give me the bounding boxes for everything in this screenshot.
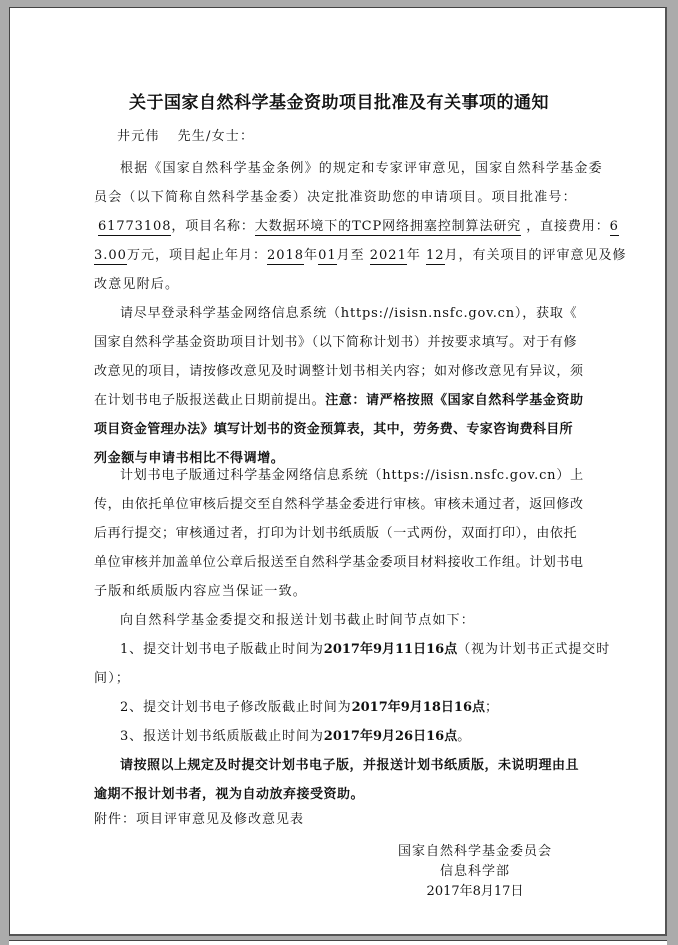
document-page: 关于国家自然科学基金资助项目批准及有关事项的通知 井元伟先生/女士： 根据《国家… bbox=[9, 7, 667, 936]
signature-department: 信息科学部 bbox=[390, 862, 560, 882]
deadline-item-1: 1、提交计划书电子版截止时间为2017年9月11日16点（视为计划书正式提交时 bbox=[94, 635, 620, 664]
paragraph-1-line-3: 61773108，项目名称：大数据环境下的TCP网络拥塞控制算法研究 ，直接费用… bbox=[94, 212, 594, 241]
direct-cost-label: ，直接费用： bbox=[521, 219, 609, 234]
project-number: 61773108 bbox=[98, 219, 171, 236]
line-4-tail: 月，有关项目的评审意见及修 bbox=[445, 248, 627, 263]
paragraph-3-line-1: 计划书电子版通过科学基金网络信息系统（https://isisn.nsfc.go… bbox=[94, 461, 620, 490]
deadline-item-1-continuation: 间）； bbox=[94, 664, 594, 693]
deadlines-intro: 向自然科学基金委提交和报送计划书截止时间节点如下： bbox=[94, 606, 620, 635]
project-name-label: ，项目名称： bbox=[171, 219, 254, 234]
deadline-item-2: 2、提交计划书电子修改版截止时间为2017年9月18日16点； bbox=[94, 693, 620, 722]
recipient-honorific: 先生/女士： bbox=[178, 129, 255, 144]
month-to-label: 月至 bbox=[337, 248, 370, 263]
warning-line-1: 请按照以上规定及时提交计划书电子版，并报送计划书纸质版，未说明理由且 bbox=[94, 751, 620, 780]
next-page-edge bbox=[9, 940, 667, 945]
deadline-3-prefix: 3、报送计划书纸质版截止时间为 bbox=[120, 729, 324, 744]
deadline-3-time: 2017年9月26日16点 bbox=[324, 729, 457, 744]
deadline-1-time: 2017年9月11日16点 bbox=[324, 642, 457, 657]
paragraph-3-line-5: 子版和纸质版内容应当保证一致。 bbox=[94, 577, 594, 606]
deadline-3-suffix: 。 bbox=[457, 729, 471, 744]
paragraph-1-line-2: 员会（以下简称自然科学基金委）决定批准资助您的申请项目。项目批准号： bbox=[94, 183, 594, 212]
paragraph-1-line-5: 改意见附后。 bbox=[94, 270, 594, 299]
paragraph-2-line-1: 请尽早登录科学基金网络信息系统（https://isisn.nsfc.gov.c… bbox=[94, 299, 620, 328]
document-title: 关于国家自然科学基金资助项目批准及有关事项的通知 bbox=[10, 88, 668, 113]
end-year: 2021 bbox=[370, 248, 407, 265]
project-name: 大数据环境下的TCP网络拥塞控制算法研究 bbox=[255, 219, 521, 236]
year-label: 年 bbox=[304, 248, 318, 263]
paragraph-1-line-1: 根据《国家自然科学基金条例》的规定和专家评审意见，国家自然科学基金委 bbox=[94, 154, 620, 183]
deadline-2-time: 2017年9月18日16点 bbox=[352, 700, 485, 715]
salutation: 井元伟先生/女士： bbox=[117, 122, 617, 151]
paragraph-3-line-2: 传，由依托单位审核后提交至自然科学基金委进行审核。审核未通过者，返回修改 bbox=[94, 490, 594, 519]
paragraph-2-line-2: 国家自然科学基金资助项目计划书》（以下简称计划书）并按要求填写。对于有修 bbox=[94, 328, 594, 357]
paragraph-2-line-4: 在计划书电子版报送截止日期前提出。注意：请严格按照《国家自然科学基金资助 bbox=[94, 386, 594, 415]
paragraph-1-line-4: 3.00万元，项目起止年月：2018年01月至 2021年 12月，有关项目的评… bbox=[94, 241, 594, 270]
paragraph-3-line-4: 单位审核并加盖单位公章后报送至自然科学基金委项目材料接收工作组。计划书电 bbox=[94, 548, 594, 577]
deadline-1-prefix: 1、提交计划书电子版截止时间为 bbox=[120, 642, 324, 657]
deadline-2-prefix: 2、提交计划书电子修改版截止时间为 bbox=[120, 700, 352, 715]
paragraph-2-line-5: 项目资金管理办法》填写计划书的资金预算表，其中，劳务费、专家咨询费科目所 bbox=[94, 415, 594, 444]
cost-unit: 万元，项目起止年月： bbox=[127, 248, 267, 263]
direct-cost-part2: 3.00 bbox=[94, 248, 127, 265]
start-year: 2018 bbox=[267, 248, 304, 265]
deadline-item-3: 3、报送计划书纸质版截止时间为2017年9月26日16点。 bbox=[94, 722, 620, 751]
paragraph-2-line-4-bold: 注意：请严格按照《国家自然科学基金资助 bbox=[325, 393, 583, 408]
paragraph-2-line-4-normal: 在计划书电子版报送截止日期前提出。 bbox=[94, 393, 325, 408]
deadline-2-suffix: ； bbox=[485, 700, 499, 715]
paragraph-3-line-3: 后再行提交；审核通过者，打印为计划书纸质版（一式两份，双面打印），由依托 bbox=[94, 519, 594, 548]
end-month: 12 bbox=[426, 248, 445, 265]
direct-cost-part1: 6 bbox=[610, 219, 619, 236]
year-label-2: 年 bbox=[407, 248, 426, 263]
attachment-note: 附件：项目评审意见及修改意见表 bbox=[94, 805, 594, 834]
signature-organization: 国家自然科学基金委员会 bbox=[390, 842, 560, 862]
paragraph-2-line-3: 改意见的项目，请按修改意见及时调整计划书相关内容；如对修改意见有异议，须 bbox=[94, 357, 594, 386]
recipient-name: 井元伟 bbox=[117, 129, 160, 144]
start-month: 01 bbox=[318, 248, 337, 265]
deadline-1-suffix: （视为计划书正式提交时 bbox=[457, 642, 610, 657]
signature-date: 2017年8月17日 bbox=[390, 882, 560, 902]
